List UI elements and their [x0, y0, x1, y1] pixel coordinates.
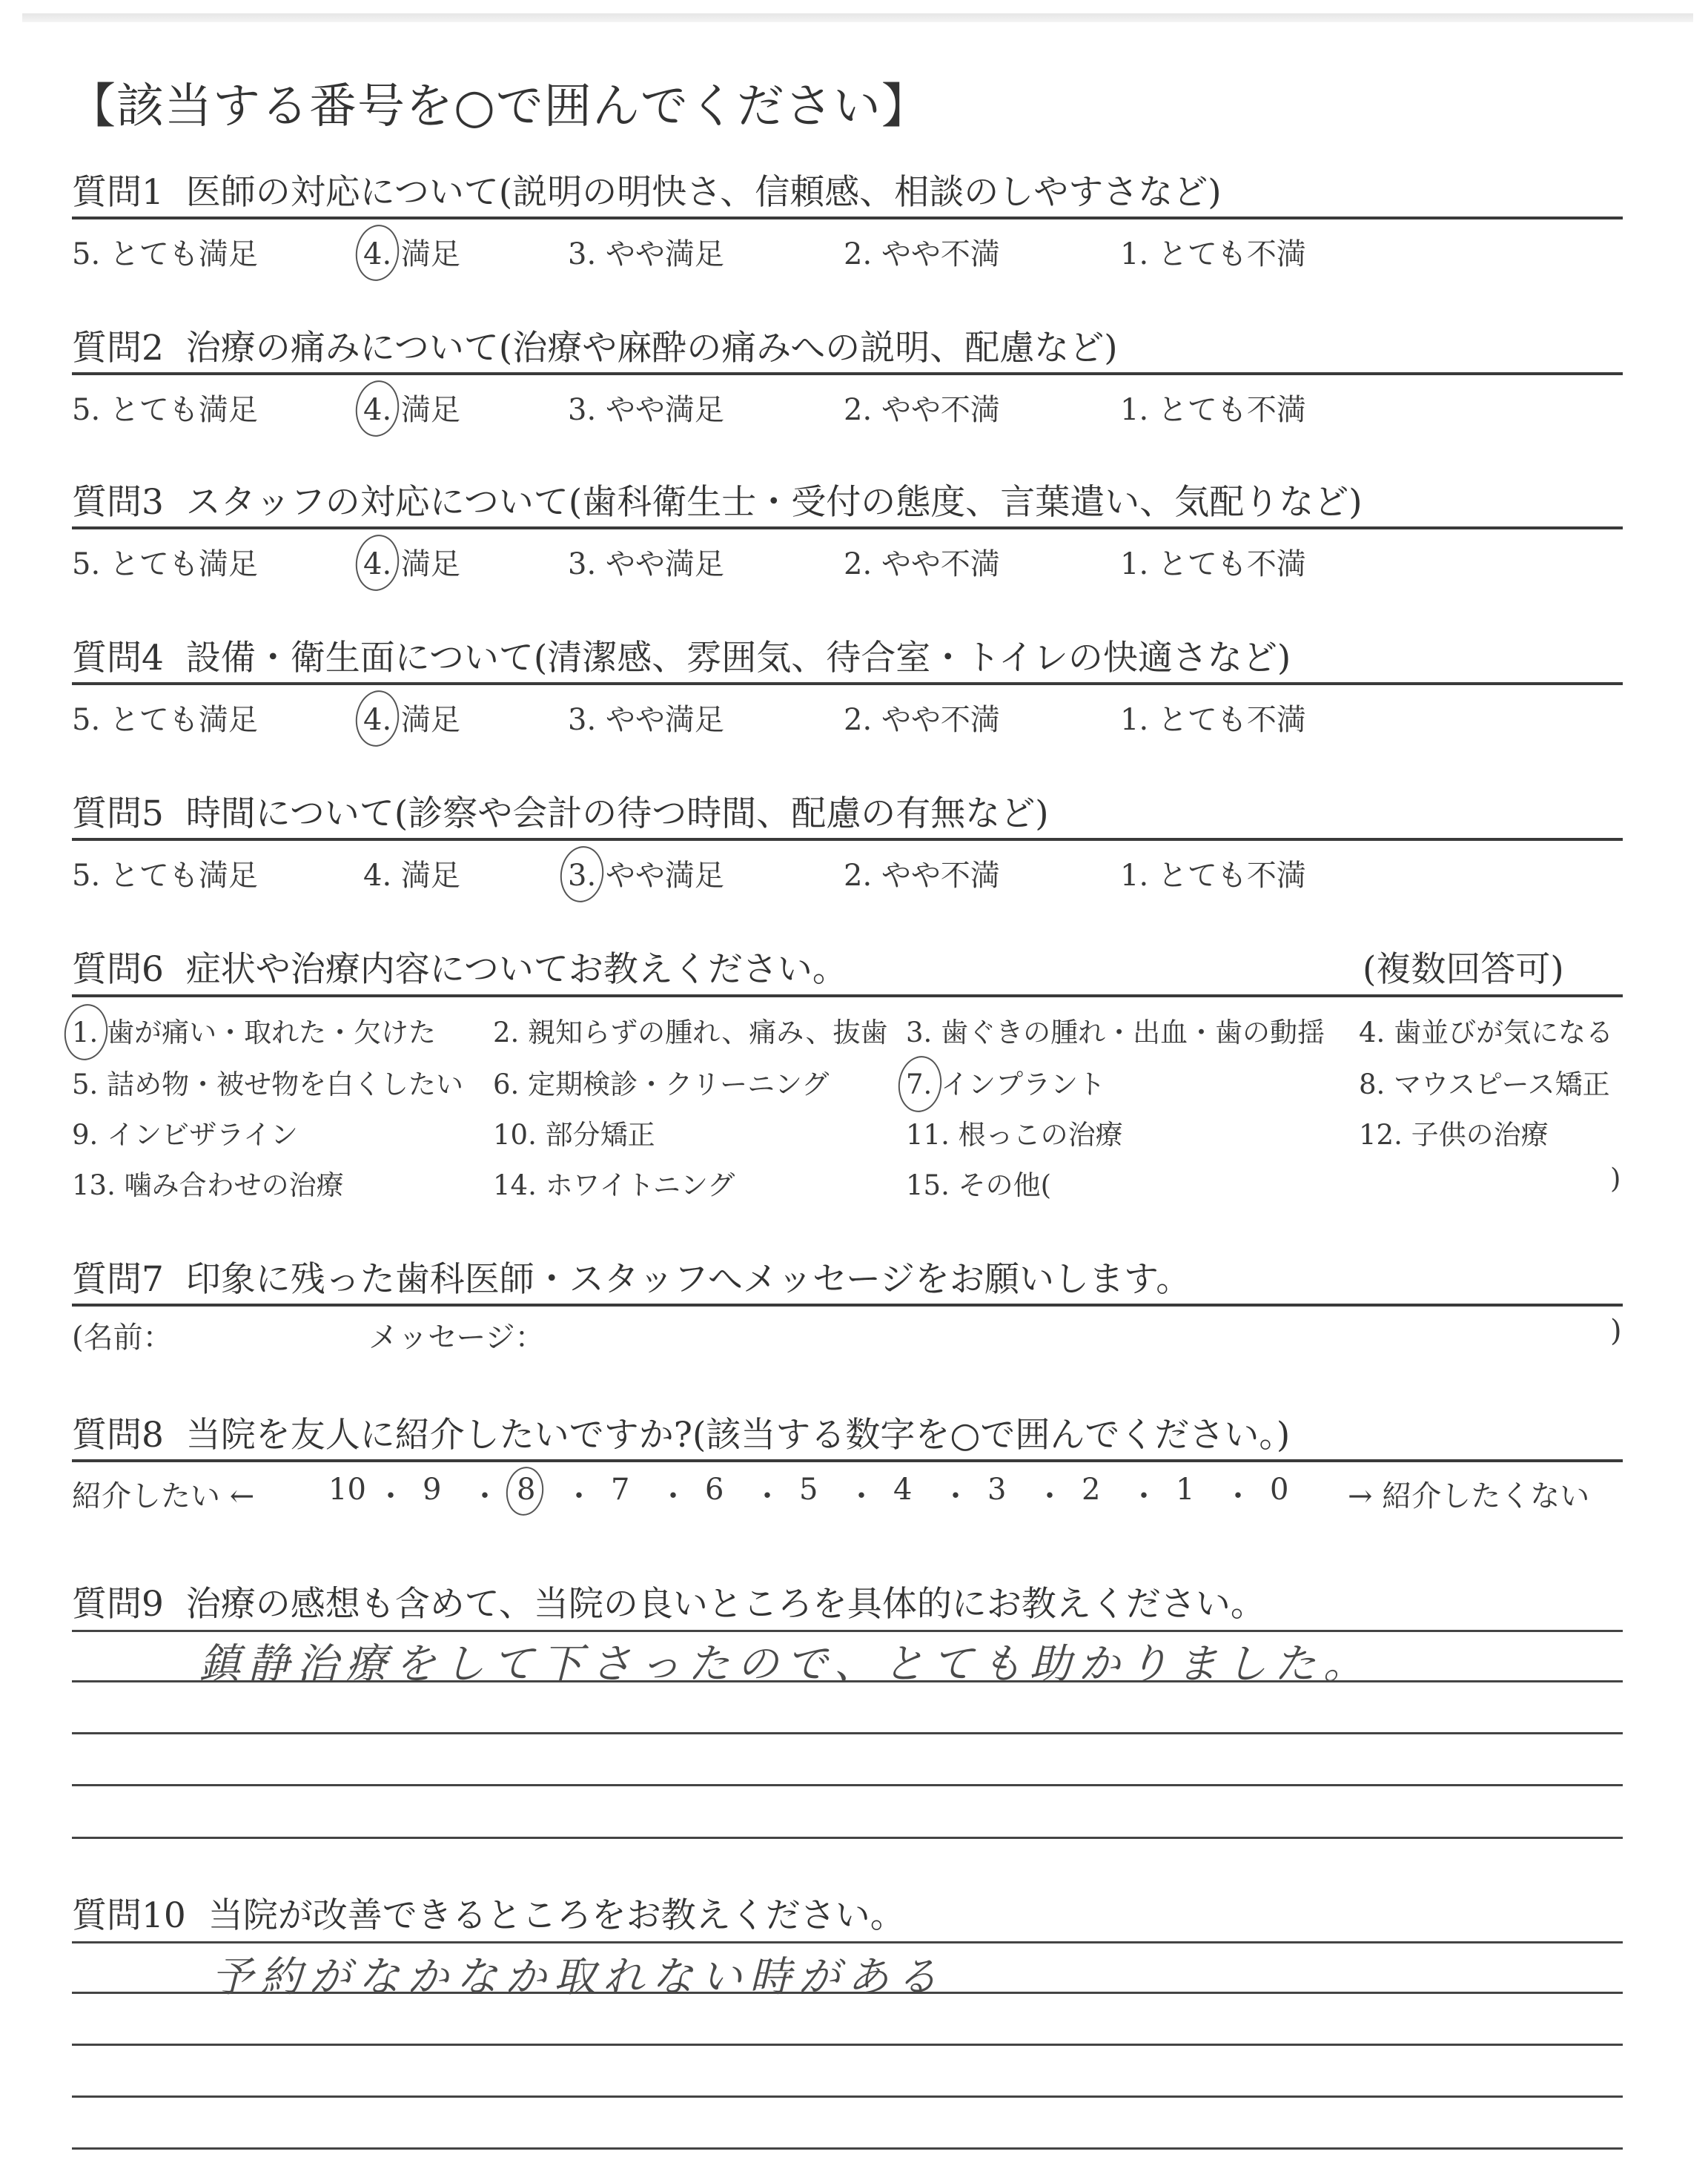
option-label: 3. やや満足 — [568, 237, 724, 271]
q3-option-4[interactable]: 4. 満足 — [363, 541, 460, 583]
scale-separator-dot: ・ — [470, 1473, 500, 1515]
q6-item-3[interactable]: 3. 歯ぐきの腫れ・出血・歯の動揺 — [906, 1010, 1325, 1050]
q6-item-6[interactable]: 6. 定期検診・クリーニング — [493, 1062, 829, 1102]
q1-rule — [72, 217, 1623, 219]
q3-option-1[interactable]: 1. とても不満 — [1120, 541, 1306, 583]
q5-option-2[interactable]: 2. やや不満 — [844, 852, 1000, 894]
option-label: 5. とても満足 — [72, 547, 258, 581]
q8-rule — [72, 1459, 1623, 1462]
q6-item-4[interactable]: 4. 歯並びが気になる — [1359, 1010, 1613, 1050]
q4-text: 設備・衛生面について(清潔感、雰囲気、待合室・トイレの快適さなど) — [186, 638, 1291, 678]
option-label: 4. 満足 — [363, 393, 460, 427]
q3-option-2[interactable]: 2. やや不満 — [844, 541, 1000, 583]
scale-separator-dot: ・ — [564, 1473, 594, 1515]
q3-heading: 質問3 スタッフの対応について(歯科衛生士・受付の態度、言葉遣い、気配りなど) — [72, 475, 1363, 524]
q8-scale-7[interactable]: 7 — [611, 1473, 629, 1507]
option-label: 2. やや不満 — [844, 859, 1000, 893]
option-label: 5. とても満足 — [72, 703, 258, 737]
option-label: 5. とても満足 — [72, 393, 258, 427]
q6-multi-note: (複数回答可) — [1363, 942, 1564, 991]
q6-item-1[interactable]: 1. 歯が痛い・取れた・欠けた — [72, 1010, 436, 1050]
q4-heading: 質問4 設備・衛生面について(清潔感、雰囲気、待合室・トイレの快適さなど) — [72, 630, 1291, 680]
q3-option-5[interactable]: 5. とても満足 — [72, 541, 258, 583]
q1-option-5[interactable]: 5. とても満足 — [72, 231, 258, 273]
q7-close-paren: ) — [1610, 1314, 1622, 1348]
q8-scale-9[interactable]: 9 — [423, 1473, 441, 1507]
q4-option-3[interactable]: 3. やや満足 — [568, 696, 724, 739]
option-label: 4. 満足 — [363, 859, 460, 893]
q6-item-15[interactable]: 15. その他( — [906, 1163, 1051, 1203]
q7-text: 印象に残った歯科医師・スタッフへメッセージをお願いします。 — [186, 1259, 1191, 1300]
q6-item-10[interactable]: 10. 部分矯正 — [493, 1112, 655, 1152]
scale-separator-dot: ・ — [941, 1473, 970, 1515]
option-label: 4. 満足 — [363, 547, 460, 581]
q6-item-12[interactable]: 12. 子供の治療 — [1359, 1112, 1549, 1152]
q9-line-5 — [72, 1837, 1623, 1839]
q8-text: 当院を友人に紹介したいですか?(該当する数字を○で囲んでください。) — [186, 1415, 1290, 1456]
q6-item-14[interactable]: 14. ホワイトニング — [493, 1163, 735, 1203]
option-label: 2. やや不満 — [844, 393, 1000, 427]
q4-option-4[interactable]: 4. 満足 — [363, 696, 460, 739]
q9-label: 質問9 — [72, 1584, 164, 1625]
q8-right-label: → 紹介したくない — [1348, 1473, 1589, 1515]
q10-label: 質問10 — [72, 1895, 186, 1936]
q10-line-4 — [72, 2095, 1623, 2098]
q9-text: 治療の感想も含めて、当院の良いところを具体的にお教えください。 — [186, 1584, 1265, 1625]
q8-scale-2[interactable]: 2 — [1082, 1473, 1100, 1507]
q2-option-4[interactable]: 4. 満足 — [363, 386, 460, 429]
instruction-title: 【該当する番号を○で囲んでください】 — [68, 68, 930, 136]
option-label: 4. 満足 — [363, 237, 460, 271]
scale-separator-dot: ・ — [376, 1473, 406, 1515]
q6-heading: 質問6 症状や治療内容についてお教えください。 — [72, 942, 847, 991]
q1-option-3[interactable]: 3. やや満足 — [568, 231, 724, 273]
option-label: 1. とても不満 — [1120, 859, 1306, 893]
option-label: 2. やや不満 — [844, 547, 1000, 581]
q2-heading: 質問2 治療の痛みについて(治療や麻酔の痛みへの説明、配慮など) — [72, 320, 1118, 370]
q2-rule — [72, 372, 1623, 375]
q3-rule — [72, 526, 1623, 529]
option-label: 1. とても不満 — [1120, 547, 1306, 581]
q6-item-9[interactable]: 9. インビザライン — [72, 1112, 298, 1152]
q10-handwritten-answer[interactable]: 予約がなかなか取れない時がある — [211, 1944, 945, 2004]
q7-label: 質問7 — [72, 1259, 164, 1300]
q10-heading: 質問10 当院が改善できるところをお教えください。 — [72, 1888, 905, 1938]
q3-text: スタッフの対応について(歯科衛生士・受付の態度、言葉遣い、気配りなど) — [186, 482, 1363, 523]
q2-label: 質問2 — [72, 328, 164, 369]
q8-label: 質問8 — [72, 1415, 164, 1456]
q1-label: 質問1 — [72, 172, 164, 213]
q6-item-5[interactable]: 5. 詰め物・被せ物を白くしたい — [72, 1062, 463, 1102]
q1-option-1[interactable]: 1. とても不満 — [1120, 231, 1306, 273]
q4-label: 質問4 — [72, 638, 164, 678]
q7-message-field[interactable]: メッセージ： — [368, 1314, 545, 1356]
option-label: 3. やや満足 — [568, 547, 724, 581]
q7-heading: 質問7 印象に残った歯科医師・スタッフへメッセージをお願いします。 — [72, 1252, 1191, 1301]
q8-left-label: 紹介したい ← — [72, 1473, 254, 1515]
q5-text: 時間について(診察や会計の待つ時間、配慮の有無など) — [186, 793, 1049, 834]
option-label: 3. やや満足 — [568, 859, 724, 893]
q4-option-1[interactable]: 1. とても不満 — [1120, 696, 1306, 739]
q4-rule — [72, 682, 1623, 685]
q2-option-3[interactable]: 3. やや満足 — [568, 386, 724, 429]
scale-separator-dot: ・ — [1223, 1473, 1253, 1515]
q8-scale-1[interactable]: 1 — [1176, 1473, 1194, 1507]
q1-option-2[interactable]: 2. やや不満 — [844, 231, 1000, 273]
q6-item-13[interactable]: 13. 噛み合わせの治療 — [72, 1163, 344, 1203]
q8-scale-4[interactable]: 4 — [893, 1473, 912, 1507]
q2-option-5[interactable]: 5. とても満足 — [72, 386, 258, 429]
q8-scale-3[interactable]: 3 — [987, 1473, 1006, 1507]
scan-edge — [22, 13, 1693, 22]
option-label: 5. とても満足 — [72, 859, 258, 893]
q1-option-4[interactable]: 4. 満足 — [363, 231, 460, 273]
q7-name-field[interactable]: (名前： — [72, 1314, 173, 1356]
q1-heading: 質問1 医師の対応について(説明の明快さ、信頼感、相談のしやすさなど) — [72, 165, 1222, 214]
q8-scale-10[interactable]: 10 — [328, 1473, 366, 1507]
q1-text: 医師の対応について(説明の明快さ、信頼感、相談のしやすさなど) — [186, 172, 1222, 213]
scale-separator-dot: ・ — [1129, 1473, 1159, 1515]
q6-item-2[interactable]: 2. 親知らずの腫れ、痛み、抜歯 — [493, 1010, 888, 1050]
scale-separator-dot: ・ — [1035, 1473, 1065, 1515]
option-label: 2. やや不満 — [844, 703, 1000, 737]
scale-separator-dot: ・ — [847, 1473, 876, 1515]
option-label: 5. とても満足 — [72, 237, 258, 271]
q10-line-5 — [72, 2147, 1623, 2150]
option-label: 3. やや満足 — [568, 393, 724, 427]
q6-item-11[interactable]: 11. 根っこの治療 — [906, 1112, 1123, 1152]
q2-text: 治療の痛みについて(治療や麻酔の痛みへの説明、配慮など) — [186, 328, 1118, 369]
q8-heading: 質問8 当院を友人に紹介したいですか?(該当する数字を○で囲んでください。) — [72, 1407, 1290, 1457]
hand-drawn-circle-mark — [503, 1464, 547, 1518]
q3-label: 質問3 — [72, 482, 164, 523]
option-label: 4. 満足 — [363, 703, 460, 737]
q4-option-5[interactable]: 5. とても満足 — [72, 696, 258, 739]
q6-rule — [72, 994, 1623, 997]
q5-label: 質問5 — [72, 793, 164, 834]
q6-label: 質問6 — [72, 949, 164, 990]
q9-line-4 — [72, 1784, 1623, 1786]
option-label: 1. とても不満 — [1120, 393, 1306, 427]
q6-text: 症状や治療内容についてお教えください。 — [186, 949, 847, 990]
option-label: 1. とても不満 — [1120, 237, 1306, 271]
q5-option-4[interactable]: 4. 満足 — [363, 852, 460, 894]
q9-line-3 — [72, 1732, 1623, 1734]
q5-option-1[interactable]: 1. とても不満 — [1120, 852, 1306, 894]
q8-scale-0[interactable]: 0 — [1270, 1473, 1288, 1507]
option-label: 2. やや不満 — [844, 237, 1000, 271]
q5-option-5[interactable]: 5. とても満足 — [72, 852, 258, 894]
q10-line-1 — [72, 1941, 1623, 1943]
q6-item-8[interactable]: 8. マウスピース矯正 — [1359, 1062, 1610, 1102]
q7-rule — [72, 1304, 1623, 1307]
q5-rule — [72, 838, 1623, 841]
q9-heading: 質問9 治療の感想も含めて、当院の良いところを具体的にお教えください。 — [72, 1576, 1265, 1626]
q5-option-3[interactable]: 3. やや満足 — [568, 852, 724, 894]
q9-handwritten-answer[interactable]: 鎮静治療をして下さったので、とても助かりました。 — [199, 1631, 1372, 1691]
scale-separator-dot: ・ — [658, 1473, 688, 1515]
q8-scale-6[interactable]: 6 — [705, 1473, 724, 1507]
option-label: 1. とても不満 — [1120, 703, 1306, 737]
q2-option-1[interactable]: 1. とても不満 — [1120, 386, 1306, 429]
q4-option-2[interactable]: 2. やや不満 — [844, 696, 1000, 739]
scale-separator-dot: ・ — [752, 1473, 782, 1515]
q6-other-close-paren: ) — [1610, 1163, 1621, 1195]
q10-line-3 — [72, 2044, 1623, 2046]
q8-scale-5[interactable]: 5 — [799, 1473, 818, 1507]
option-label: 3. やや満足 — [568, 703, 724, 737]
q5-heading: 質問5 時間について(診察や会計の待つ時間、配慮の有無など) — [72, 786, 1049, 836]
q2-option-2[interactable]: 2. やや不満 — [844, 386, 1000, 429]
q3-option-3[interactable]: 3. やや満足 — [568, 541, 724, 583]
q10-text: 当院が改善できるところをお教えください。 — [208, 1895, 905, 1936]
